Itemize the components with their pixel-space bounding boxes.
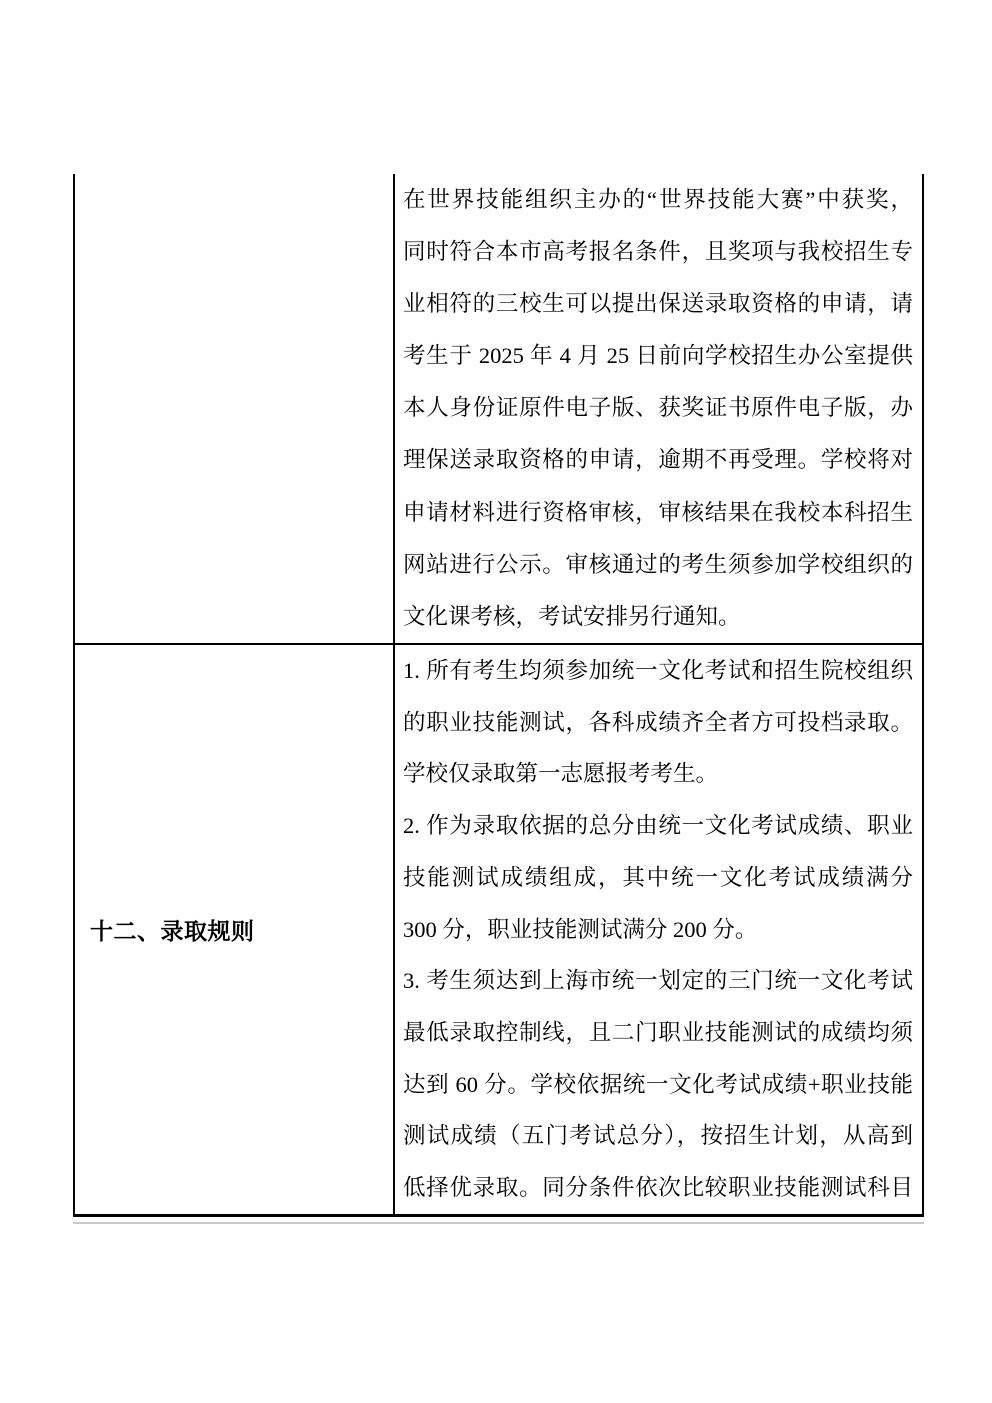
- text-line: 网站进行公示。审核通过的考生须参加学校组织的: [403, 539, 913, 591]
- text-line: 在世界技能组织主办的“世界技能大赛”中获奖，: [403, 174, 913, 226]
- row-header-cell: 十二、录取规则: [75, 645, 395, 1214]
- table-row-continued: 在世界技能组织主办的“世界技能大赛”中获奖， 同时符合本市高考报名条件，且奖项与…: [75, 174, 922, 645]
- text-line: 本人身份证原件电子版、获奖证书原件电子版，办: [403, 382, 913, 434]
- text-line: 业相符的三校生可以提出保送录取资格的申请，请: [403, 278, 913, 330]
- row-header-admission-rules: 十二、录取规则: [90, 913, 255, 946]
- text-line: 的职业技能测试，各科成绩齐全者方可投档录取。: [403, 697, 913, 749]
- text-line: 最低录取控制线，且二门职业技能测试的成绩均须: [403, 1007, 913, 1059]
- text-line: 文化课考核，考试安排另行通知。: [403, 591, 913, 643]
- document-page: 在世界技能组织主办的“世界技能大赛”中获奖， 同时符合本市高考报名条件，且奖项与…: [0, 0, 992, 1403]
- text-line: 同时符合本市高考报名条件，且奖项与我校招生专: [403, 226, 913, 278]
- row-header-cell-empty: [75, 174, 395, 643]
- text-line: 测试成绩（五门考试总分），按招生计划，从高到: [403, 1110, 913, 1162]
- text-line: 3. 考生须达到上海市统一划定的三门统一文化考试: [403, 955, 913, 1007]
- text-line: 申请材料进行资格审核，审核结果在我校本科招生: [403, 487, 913, 539]
- text-line: 学校仅录取第一志愿报考考生。: [403, 748, 913, 800]
- text-line: 技能测试成绩组成，其中统一文化考试成绩满分: [403, 852, 913, 904]
- text-line: 低择优录取。同分条件依次比较职业技能测试科目: [403, 1162, 913, 1214]
- text-line: 达到 60 分。学校依据统一文化考试成绩+职业技能: [403, 1059, 913, 1111]
- admission-rules-table: 在世界技能组织主办的“世界技能大赛”中获奖， 同时符合本市高考报名条件，且奖项与…: [73, 174, 924, 1217]
- text-line: 1. 所有考生均须参加统一文化考试和招生院校组织: [403, 645, 913, 697]
- row-content-cell: 在世界技能组织主办的“世界技能大赛”中获奖， 同时符合本市高考报名条件，且奖项与…: [395, 174, 922, 643]
- table-row-admission-rules: 十二、录取规则 1. 所有考生均须参加统一文化考试和招生院校组织 的职业技能测试…: [75, 645, 922, 1214]
- text-line: 300 分，职业技能测试满分 200 分。: [403, 904, 913, 956]
- text-line: 理保送录取资格的申请，逾期不再受理。学校将对: [403, 434, 913, 486]
- table-continuation-divider: [73, 1222, 924, 1224]
- row-content-cell: 1. 所有考生均须参加统一文化考试和招生院校组织 的职业技能测试，各科成绩齐全者…: [395, 645, 922, 1214]
- text-line: 2. 作为录取依据的总分由统一文化考试成绩、职业: [403, 800, 913, 852]
- text-line: 考生于 2025 年 4 月 25 日前向学校招生办公室提供: [403, 330, 913, 382]
